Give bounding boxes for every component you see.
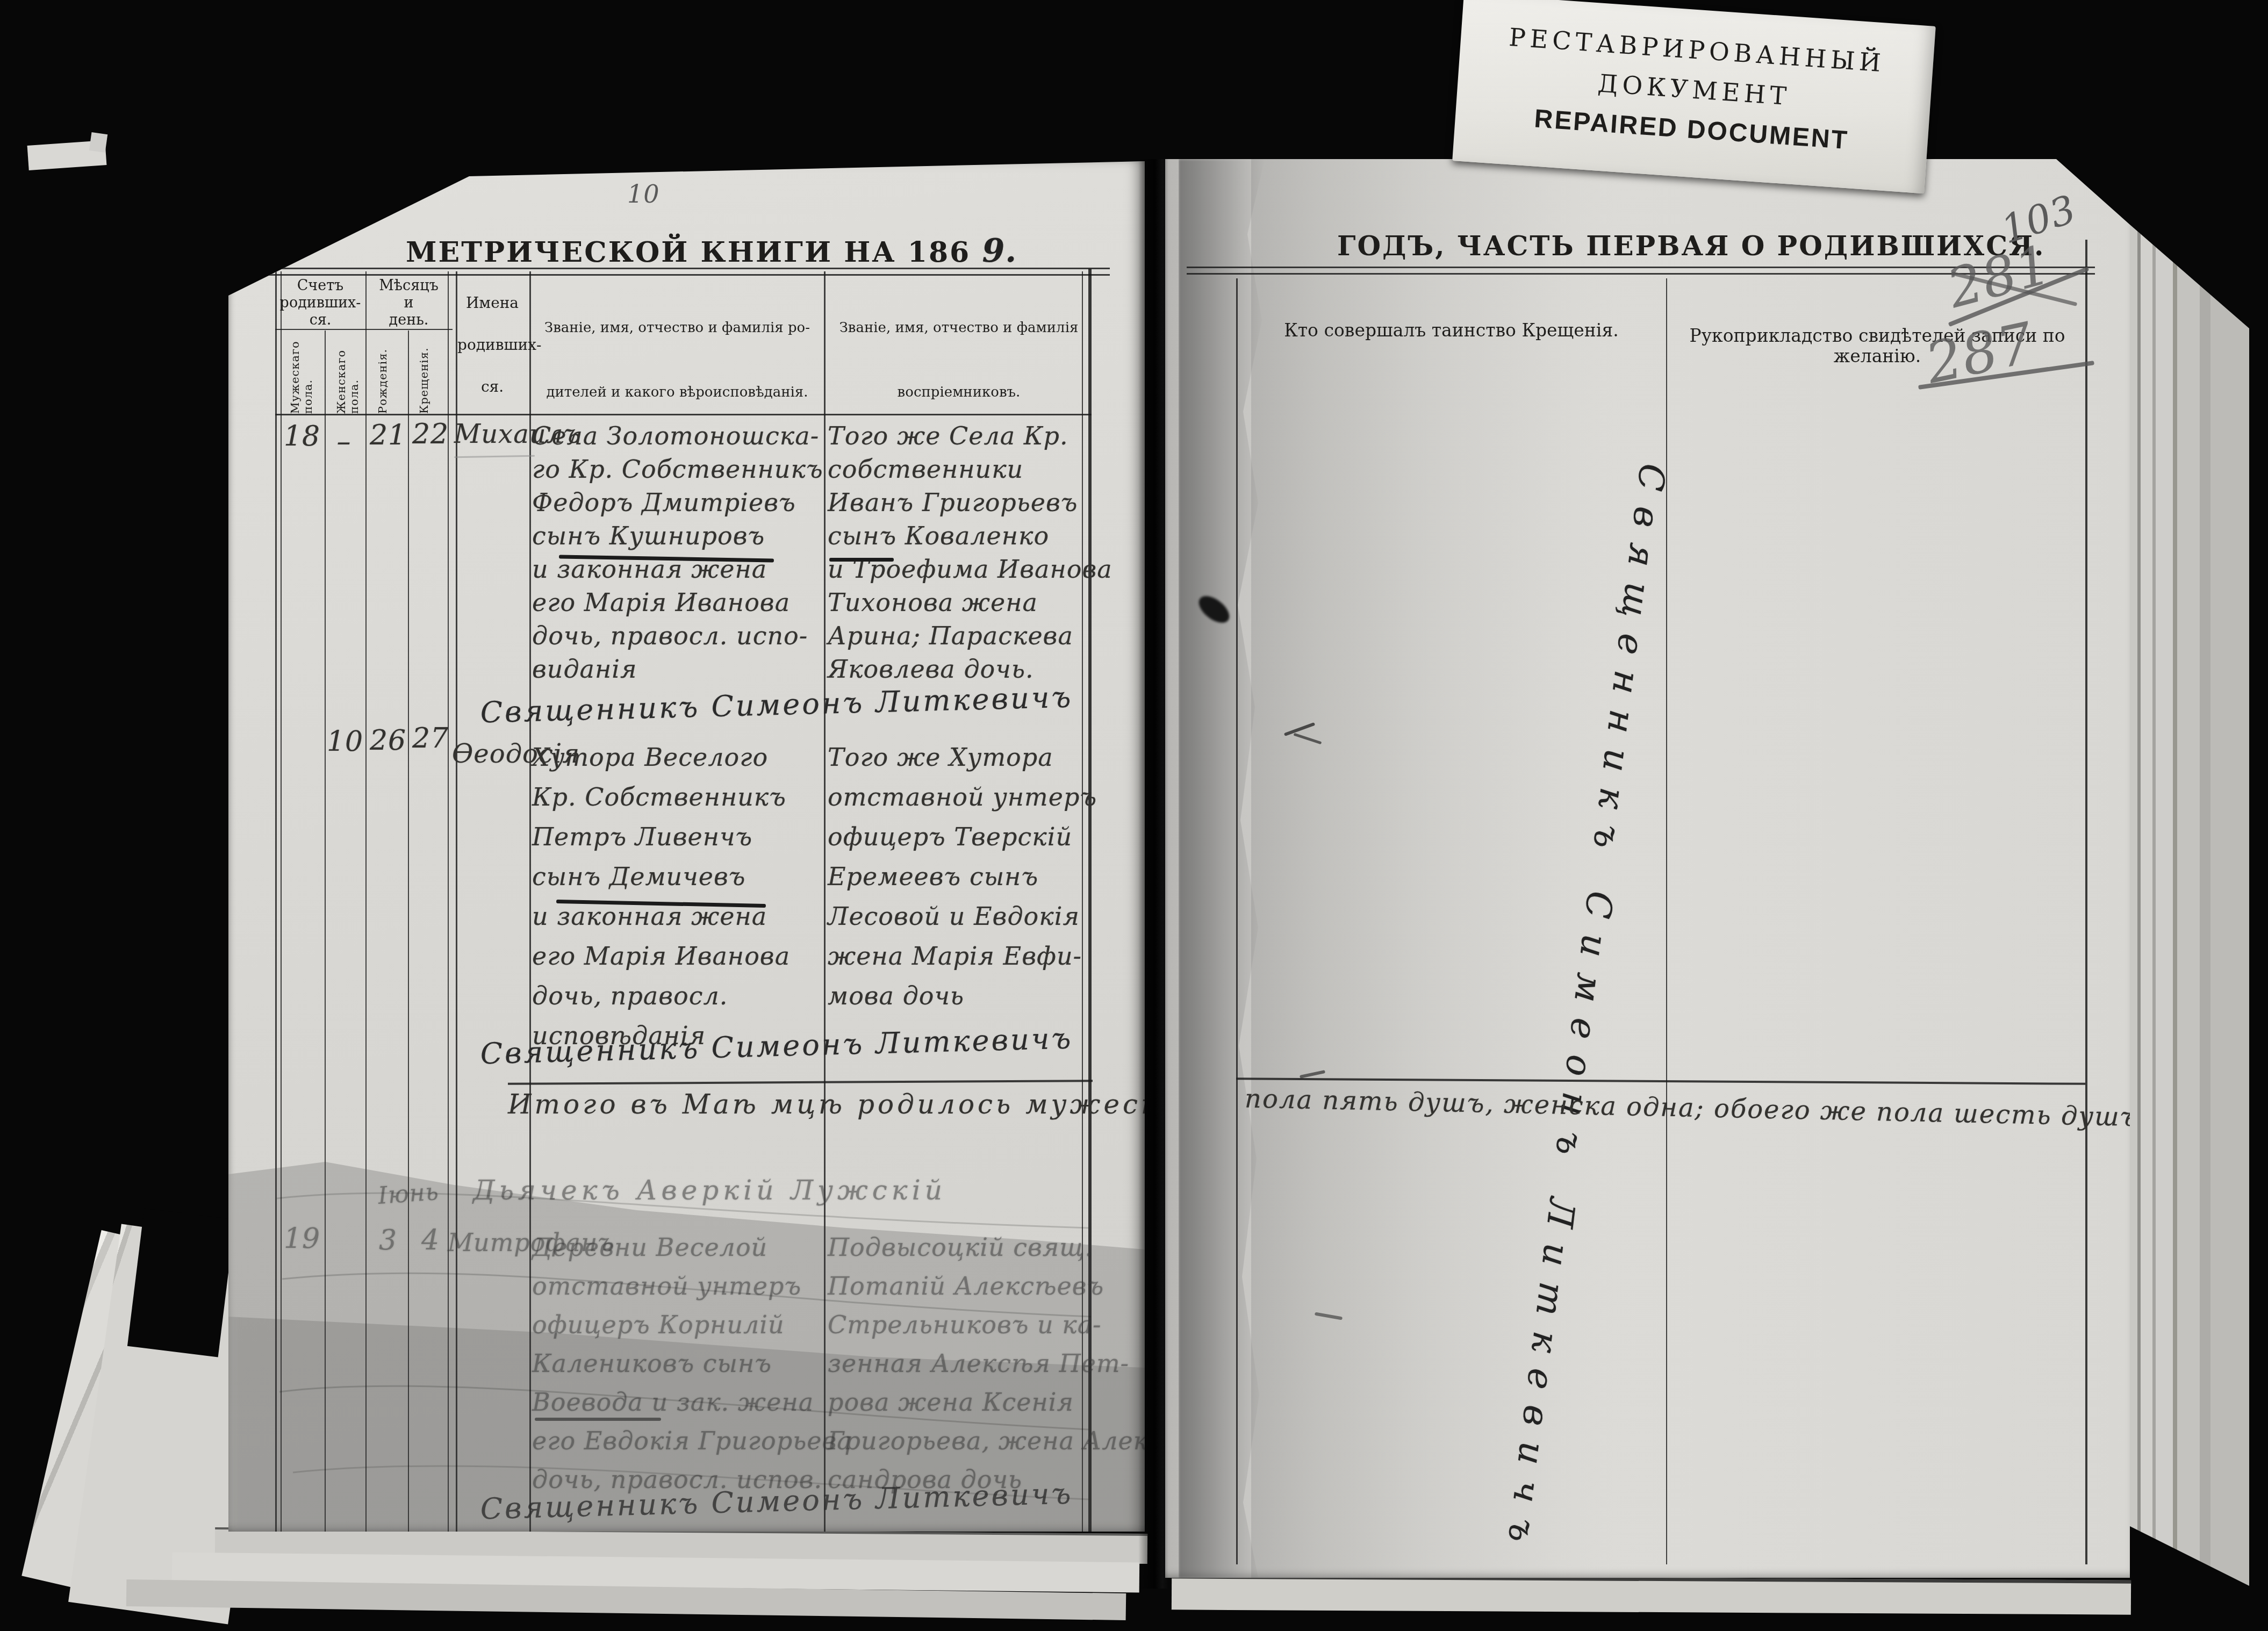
header-officiant: Кто совершалъ таинство Крещенія.: [1246, 320, 1657, 341]
metrical-book-scan: 10 МЕТРИЧЕСКОЙ КНИГИ НА 186 9. Счетъ род…: [0, 0, 2268, 1631]
crease-lines: [228, 161, 1145, 1532]
left-page: 10 МЕТРИЧЕСКОЙ КНИГИ НА 186 9. Счетъ род…: [228, 161, 1145, 1532]
table-border: [2085, 240, 2087, 1564]
sheet-edge-strip: [1172, 1575, 2131, 1614]
table-border: [1236, 278, 1238, 1564]
sheet-stack-notch: [127, 1209, 235, 1357]
right-sheet-stack: [2130, 159, 2249, 1610]
repaired-document-card: РЕСТАВРИРОВАННЫЙ ДОКУМЕНТ REPAIRED DOCUM…: [1452, 0, 1936, 193]
right-page-title: ГОДЪ, ЧАСТЬ ПЕРВАЯ О РОДИВШИХСЯ.: [1337, 230, 1987, 262]
right-page: ГОДЪ, ЧАСТЬ ПЕРВАЯ О РОДИВШИХСЯ. Кто сов…: [1165, 159, 2130, 1578]
paper-fragment: [89, 132, 107, 153]
binding-gutter-shadow: [1138, 159, 1168, 1589]
